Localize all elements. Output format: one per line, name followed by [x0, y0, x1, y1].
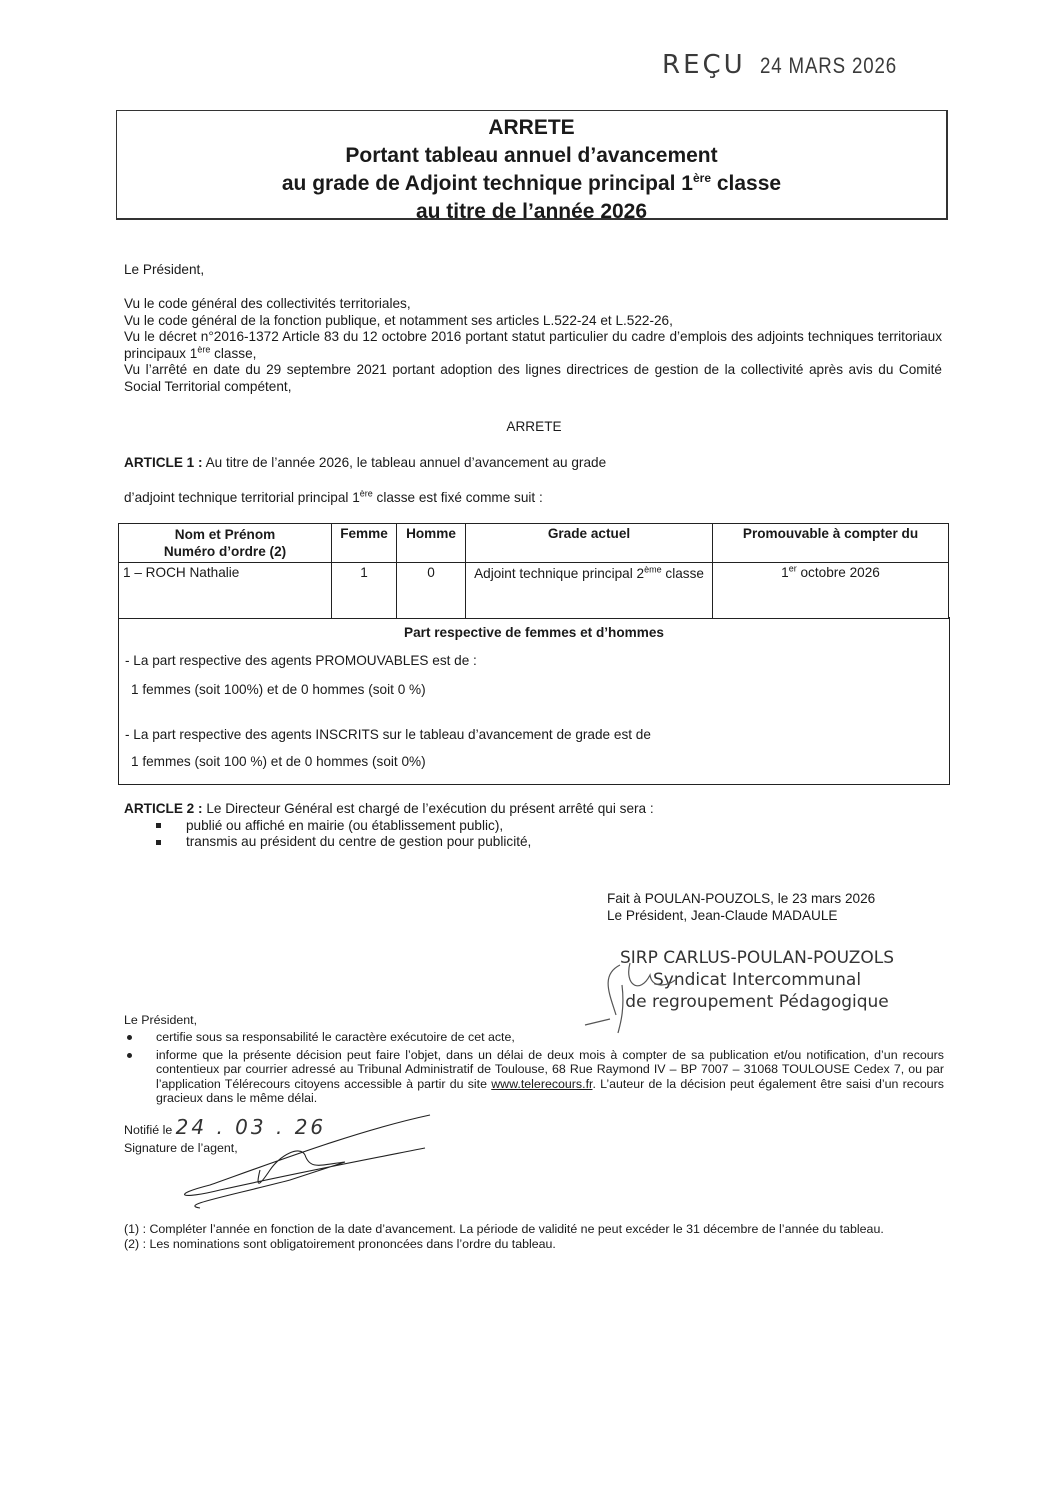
- visa-item: Vu le décret n°2016-1372 Article 83 du 1…: [124, 329, 942, 362]
- title-line-2: Portant tableau annuel d’avancement: [117, 142, 946, 170]
- stamp-date: 24 MARS 2026: [760, 53, 897, 79]
- advancement-table: Nom et PrénomNuméro d’ordre (2) Femme Ho…: [118, 523, 949, 619]
- gender-share-box: Part respective de femmes et d’hommes - …: [118, 617, 950, 785]
- cell-male: 0: [397, 563, 466, 619]
- header-female: Femme: [332, 524, 397, 563]
- preamble-opening: Le Président,: [124, 262, 204, 279]
- share-registered-label: - La part respective des agents INSCRITS…: [125, 727, 651, 742]
- share-promotable-label: - La part respective des agents PROMOUVA…: [125, 653, 477, 668]
- article-1-line-1: ARTICLE 1 : Au titre de l’année 2026, le…: [124, 455, 606, 472]
- bullet-icon: [127, 1035, 132, 1040]
- table-row: 1 – ROCH Nathalie 1 0 Adjoint technique …: [119, 563, 949, 619]
- title-line-1: ARRETE: [117, 114, 946, 142]
- article-2-label: ARTICLE 2 :: [124, 801, 203, 816]
- footnote-2: (2) : Les nominations sont obligatoireme…: [124, 1237, 944, 1252]
- cell-grade: Adjoint technique principal 2ème classe: [466, 563, 713, 619]
- list-item: transmis au président du centre de gesti…: [124, 834, 654, 851]
- footnote-1: (1) : Compléter l’année en fonction de l…: [124, 1222, 944, 1237]
- signatory: Le Président, Jean-Claude MADAULE: [607, 908, 875, 925]
- bullet-icon: [127, 1053, 132, 1058]
- share-heading: Part respective de femmes et d’hommes: [119, 625, 949, 640]
- list-item: informe que la présente décision peut fa…: [124, 1048, 944, 1106]
- list-item: publié ou affiché en mairie (ou établiss…: [124, 818, 654, 835]
- cell-promotable-date: 1er octobre 2026: [713, 563, 949, 619]
- title-line-4: au titre de l’année 2026: [117, 198, 946, 226]
- bullet-icon: [156, 823, 161, 828]
- bullet-icon: [156, 840, 161, 845]
- cell-name: 1 – ROCH Nathalie: [119, 563, 332, 619]
- telerecours-link[interactable]: www.telerecours.fr: [491, 1077, 592, 1091]
- document-title-box: ARRETE Portant tableau annuel d’avanceme…: [116, 110, 948, 220]
- stamp-received-label: REÇU: [662, 50, 746, 80]
- article-1-label: ARTICLE 1 :: [124, 455, 203, 470]
- footnotes: (1) : Compléter l’année en fonction de l…: [124, 1222, 944, 1251]
- list-item: certifie sous sa responsabilité le carac…: [124, 1030, 944, 1045]
- header-name: Nom et PrénomNuméro d’ordre (2): [119, 524, 332, 563]
- visa-item: Vu l’arrêté en date du 29 septembre 2021…: [124, 362, 942, 395]
- preamble-visas: Vu le code général des collectivités ter…: [124, 296, 942, 395]
- signature-block: Fait à POULAN-POUZOLS, le 23 mars 2026 L…: [607, 891, 875, 924]
- visa-item: Vu le code général des collectivités ter…: [124, 296, 942, 313]
- place-date: Fait à POULAN-POUZOLS, le 23 mars 2026: [607, 891, 875, 908]
- president-signature-icon: [580, 955, 690, 1035]
- header-male: Homme: [397, 524, 466, 563]
- received-stamp: REÇU 24 MARS 2026: [662, 50, 921, 80]
- header-promotable: Promouvable à compter du: [713, 524, 949, 563]
- title-line-3: au grade de Adjoint technique principal …: [117, 170, 946, 198]
- article-1-line-2: d’adjoint technique territorial principa…: [124, 490, 543, 507]
- article-2: ARTICLE 2 : Le Directeur Général est cha…: [124, 801, 654, 851]
- agent-signature-icon: [160, 1110, 450, 1210]
- visa-item: Vu le code général de la fonction publiq…: [124, 313, 942, 330]
- share-registered-value: 1 femmes (soit 100 %) et de 0 hommes (so…: [131, 754, 426, 769]
- cell-female: 1: [332, 563, 397, 619]
- decision-heading: ARRETE: [0, 419, 1058, 436]
- certification-list: certifie sous sa responsabilité le carac…: [124, 1030, 944, 1106]
- table-header-row: Nom et PrénomNuméro d’ordre (2) Femme Ho…: [119, 524, 949, 563]
- header-grade: Grade actuel: [466, 524, 713, 563]
- certification-opening: Le Président,: [124, 1013, 197, 1028]
- share-promotable-value: 1 femmes (soit 100%) et de 0 hommes (soi…: [131, 682, 426, 697]
